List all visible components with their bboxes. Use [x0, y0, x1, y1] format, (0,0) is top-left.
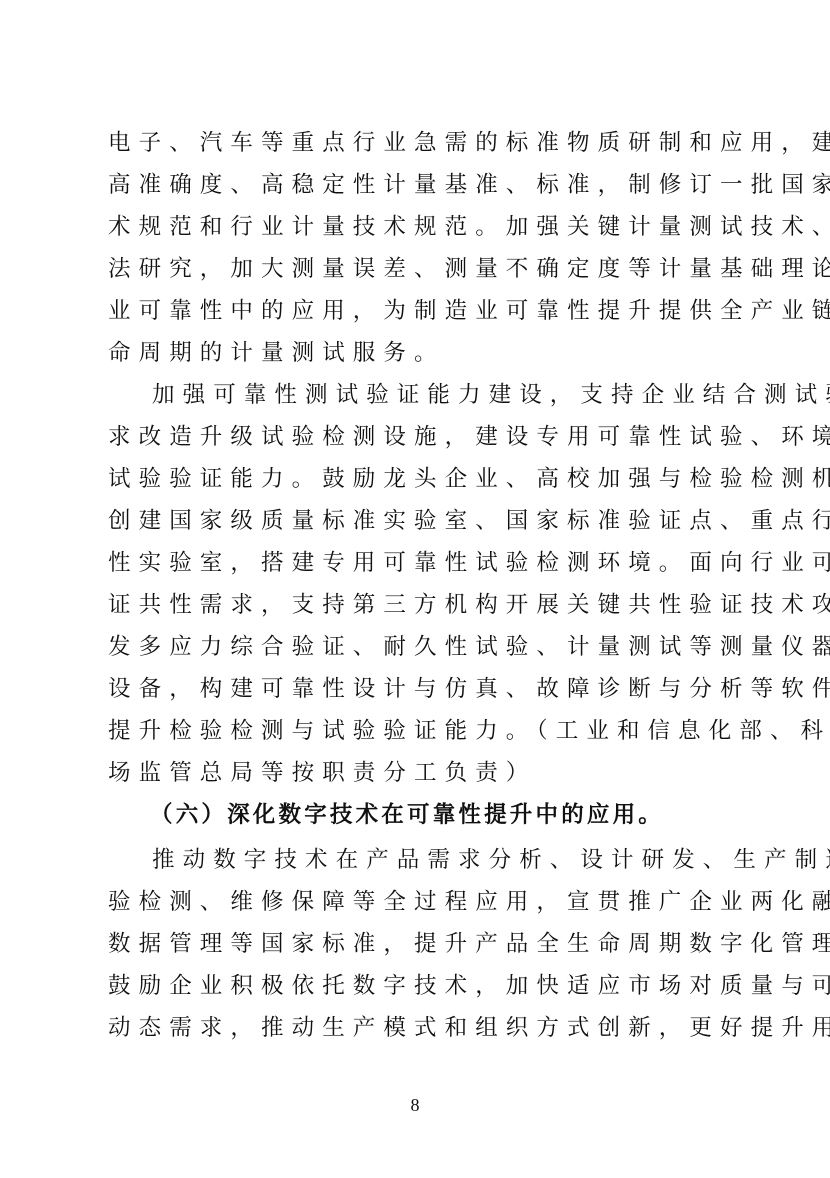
body-line: 发多应力综合验证、耐久性试验、计量测试等测量仪器和试验	[108, 632, 728, 662]
body-line: 鼓励企业积极依托数字技术，加快适应市场对质量与可靠性的	[108, 971, 728, 1001]
body-line: 高准确度、高稳定性计量基准、标准，制修订一批国家计量技	[108, 170, 728, 200]
body-line: 数据管理等国家标准，提升产品全生命周期数字化管理水平。	[108, 929, 728, 959]
body-line: 场监管总局等按职责分工负责）	[108, 758, 728, 788]
body-line: 法研究，加大测量误差、测量不确定度等计量基础理论在制造	[108, 254, 728, 284]
body-line: 试验验证能力。鼓励龙头企业、高校加强与检验检测机构合作，	[108, 464, 728, 494]
document-page: 电子、汽车等重点行业急需的标准物质研制和应用，建立一批 高准确度、高稳定性计量基…	[0, 0, 830, 1178]
body-line: 命周期的计量测试服务。	[108, 338, 728, 368]
body-line: 业可靠性中的应用，为制造业可靠性提升提供全产业链、全生	[108, 296, 728, 326]
body-line: 提升检验检测与试验验证能力。（工业和信息化部、科技部、市	[108, 716, 728, 746]
body-line: 动态需求，推动生产模式和组织方式创新，更好提升用户体验。	[108, 1013, 728, 1043]
body-line: 验检测、维修保障等全过程应用，宣贯推广企业两化融合度、	[108, 887, 728, 917]
body-line: 证共性需求，支持第三方机构开展关键共性验证技术攻关，开	[108, 590, 728, 620]
body-line: 设备，构建可靠性设计与仿真、故障诊断与分析等软件工具箱，	[108, 674, 728, 704]
section-heading: （六）深化数字技术在可靠性提升中的应用。	[150, 800, 770, 830]
body-line: 性实验室，搭建专用可靠性试验检测环境。面向行业可靠性验	[108, 548, 728, 578]
paragraph-first-line: 加强可靠性测试验证能力建设，支持企业结合测试验证需	[152, 380, 772, 410]
page-number: 8	[0, 1094, 830, 1116]
body-line: 电子、汽车等重点行业急需的标准物质研制和应用，建立一批	[108, 128, 728, 158]
body-line: 创建国家级质量标准实验室、国家标准验证点、重点行业可靠	[108, 506, 728, 536]
body-line: 求改造升级试验检测设施，建设专用可靠性试验、环境适应性	[108, 422, 728, 452]
body-line: 术规范和行业计量技术规范。加强关键计量测试技术、测量方	[108, 212, 728, 242]
paragraph-first-line: 推动数字技术在产品需求分析、设计研发、生产制造、检	[152, 845, 772, 875]
